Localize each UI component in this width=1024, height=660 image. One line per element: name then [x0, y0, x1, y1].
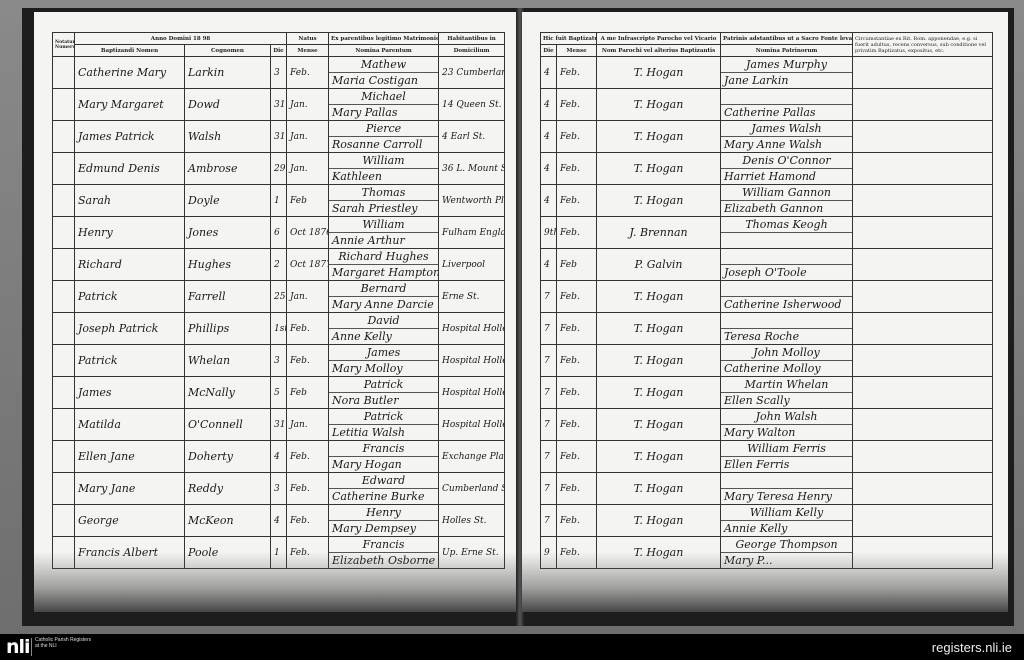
abode: Exchange Place — [439, 441, 505, 473]
sponsor-1 — [721, 473, 852, 489]
table-row: GeorgeMcKeon4Feb.HenryMary DempseyHolles… — [53, 505, 505, 537]
mother-name: Mary Molloy — [329, 361, 438, 376]
header-baptizandi-nomen: Baptizandi Nomen — [75, 45, 185, 57]
logo-divider — [31, 638, 32, 656]
baptism-day: 7 — [541, 281, 557, 313]
sponsors: Mary Teresa Henry — [721, 473, 853, 505]
page-stain — [34, 552, 518, 612]
abode: 23 Cumberland St. — [439, 57, 505, 89]
sponsor-1 — [721, 249, 852, 265]
entry-number — [53, 345, 75, 377]
father-name: James — [329, 345, 438, 361]
baptism-day: 4 — [541, 153, 557, 185]
parents: JamesMary Molloy — [329, 345, 439, 377]
minister-name: T. Hogan — [597, 89, 721, 121]
sponsors: William FerrisEllen Ferris — [721, 441, 853, 473]
abode: Hospital Holles St. — [439, 313, 505, 345]
notes — [853, 441, 993, 473]
father-name: Bernard — [329, 281, 438, 297]
header-numerus: Notatur Numerus — [53, 33, 75, 57]
table-row: SarahDoyle1FebThomasSarah PriestleyWentw… — [53, 185, 505, 217]
parents: HenryMary Dempsey — [329, 505, 439, 537]
birth-day: 3 — [271, 473, 287, 505]
mother-name: Kathleen — [329, 169, 438, 184]
sponsors: William KellyAnnie Kelly — [721, 505, 853, 537]
notes — [853, 121, 993, 153]
entry-number — [53, 153, 75, 185]
baptism-month: Feb. — [557, 441, 597, 473]
sponsor-1: Denis O'Connor — [721, 153, 852, 169]
birth-day: 3 — [271, 345, 287, 377]
table-row: 4Feb.T. HoganJames WalshMary Anne Walsh — [541, 121, 993, 153]
birth-day: 1st — [271, 313, 287, 345]
mother-name: Sarah Priestley — [329, 201, 438, 216]
header-sponsors-group: Patrinis adstantibus ut a Sacro Fonte le… — [721, 33, 853, 45]
baptism-day: 7 — [541, 345, 557, 377]
abode: Fulham England — [439, 217, 505, 249]
sponsors: James WalshMary Anne Walsh — [721, 121, 853, 153]
surname: Farrell — [185, 281, 271, 313]
baptism-month: Feb. — [557, 281, 597, 313]
notes — [853, 505, 993, 537]
abode: Cumberland St. — [439, 473, 505, 505]
header-die: Die — [541, 45, 557, 57]
sponsor-2: Ellen Ferris — [721, 457, 852, 472]
header-habitantibus: Habitantibus in — [439, 33, 505, 45]
parents: FrancisMary Hogan — [329, 441, 439, 473]
header-nomina-parentum: Nomina Parentum — [329, 45, 439, 57]
father-name: Patrick — [329, 409, 438, 425]
birth-month: Jan. — [287, 153, 329, 185]
baptismal-name: George — [75, 505, 185, 537]
father-name: Pierce — [329, 121, 438, 137]
surname: McKeon — [185, 505, 271, 537]
father-name: William — [329, 217, 438, 233]
table-row: 7Feb.T. HoganJohn MolloyCatherine Molloy — [541, 345, 993, 377]
table-row: 4Feb.T. HoganCatherine Pallas — [541, 89, 993, 121]
surname: Hughes — [185, 249, 271, 281]
baptism-month: Feb. — [557, 217, 597, 249]
table-row: Catherine MaryLarkin3Feb.MathewMaria Cos… — [53, 57, 505, 89]
entry-number — [53, 121, 75, 153]
baptismal-name: James Patrick — [75, 121, 185, 153]
abode: Erne St. — [439, 281, 505, 313]
table-row: 7Feb.T. HoganTeresa Roche — [541, 313, 993, 345]
father-name: William — [329, 153, 438, 169]
mother-name: Catherine Burke — [329, 489, 438, 504]
birth-day: 31 — [271, 409, 287, 441]
father-name: Richard Hughes — [329, 249, 438, 265]
minister-name: T. Hogan — [597, 57, 721, 89]
table-row: 7Feb.T. HoganMartin WhelanEllen Scally — [541, 377, 993, 409]
sponsor-1: Thomas Keogh — [721, 217, 852, 233]
header-parentes-group: Ex parentibus legitimo Matrimonio juncti… — [329, 33, 439, 45]
sponsor-1: John Walsh — [721, 409, 852, 425]
baptismal-name: James — [75, 377, 185, 409]
father-name: Michael — [329, 89, 438, 105]
parents: EdwardCatherine Burke — [329, 473, 439, 505]
table-row: MatildaO'Connell31Jan.PatrickLetitia Wal… — [53, 409, 505, 441]
header-notes: Circumstantiae ex Rit. Rom. apponendae, … — [853, 33, 993, 57]
minister-name: T. Hogan — [597, 505, 721, 537]
mother-name: Mary Anne Darcie — [329, 297, 438, 312]
abode: 36 L. Mount St. — [439, 153, 505, 185]
header-sponsors: Nomina Patrinorum — [721, 45, 853, 57]
table-row: JamesMcNally5FebPatrickNora ButlerHospit… — [53, 377, 505, 409]
sponsor-2: Harriet Hamond — [721, 169, 852, 184]
parents: MichaelMary Pallas — [329, 89, 439, 121]
sponsor-1: James Walsh — [721, 121, 852, 137]
sponsor-1: William Ferris — [721, 441, 852, 457]
sponsor-2: Mary Teresa Henry — [721, 489, 852, 504]
register-scan: Notatur Numerus Anno Domini 18 98 Natus … — [22, 8, 1014, 626]
header-mense: Mense — [557, 45, 597, 57]
birth-day: 1 — [271, 185, 287, 217]
table-row: RichardHughes2Oct 1877Richard HughesMarg… — [53, 249, 505, 281]
father-name: David — [329, 313, 438, 329]
header-cognomen: Cognomen — [185, 45, 271, 57]
baptismal-name: Ellen Jane — [75, 441, 185, 473]
sponsors: James MurphyJane Larkin — [721, 57, 853, 89]
baptism-month: Feb. — [557, 313, 597, 345]
abode: Wentworth Place — [439, 185, 505, 217]
minister-name: T. Hogan — [597, 345, 721, 377]
baptism-month: Feb — [557, 249, 597, 281]
baptism-register-right: Hic fuit Baptizatus A me Infrascripto Pa… — [540, 32, 993, 569]
baptismal-name: Edmund Denis — [75, 153, 185, 185]
birth-day: 6 — [271, 217, 287, 249]
mother-name: Annie Arthur — [329, 233, 438, 248]
baptism-month: Feb. — [557, 57, 597, 89]
surname: O'Connell — [185, 409, 271, 441]
entry-number — [53, 217, 75, 249]
table-row: Edmund DenisAmbrose29Jan.WilliamKathleen… — [53, 153, 505, 185]
birth-day: 4 — [271, 505, 287, 537]
baptismal-name: Mary Margaret — [75, 89, 185, 121]
mother-name: Margaret Hampton — [329, 265, 438, 280]
sponsor-1: William Kelly — [721, 505, 852, 521]
notes — [853, 345, 993, 377]
minister-name: T. Hogan — [597, 153, 721, 185]
minister-name: T. Hogan — [597, 409, 721, 441]
table-row: 7Feb.T. HoganJohn WalshMary Walton — [541, 409, 993, 441]
table-row: PatrickWhelan3Feb.JamesMary MolloyHospit… — [53, 345, 505, 377]
entry-number — [53, 89, 75, 121]
birth-month: Feb. — [287, 345, 329, 377]
footer-bar: nli Catholic Parish Registers at the NLI… — [0, 634, 1024, 660]
baptismal-name: Patrick — [75, 345, 185, 377]
sponsor-2: Ellen Scally — [721, 393, 852, 408]
header-baptized: Hic fuit Baptizatus — [541, 33, 597, 45]
table-row: Joseph PatrickPhillips1stFeb.DavidAnne K… — [53, 313, 505, 345]
parents: PatrickLetitia Walsh — [329, 409, 439, 441]
nli-logo[interactable]: nli — [6, 637, 30, 657]
mother-name: Maria Costigan — [329, 73, 438, 88]
minister-name: J. Brennan — [597, 217, 721, 249]
parents: MathewMaria Costigan — [329, 57, 439, 89]
entry-number — [53, 473, 75, 505]
surname: Whelan — [185, 345, 271, 377]
sponsor-2: Teresa Roche — [721, 329, 852, 344]
baptismal-name: Sarah — [75, 185, 185, 217]
table-row: James PatrickWalsh31Jan.PierceRosanne Ca… — [53, 121, 505, 153]
baptism-month: Feb. — [557, 377, 597, 409]
table-row: 7Feb.T. HoganWilliam FerrisEllen Ferris — [541, 441, 993, 473]
baptism-month: Feb. — [557, 185, 597, 217]
parents: PierceRosanne Carroll — [329, 121, 439, 153]
birth-month: Jan. — [287, 281, 329, 313]
header-natus: Natus — [287, 33, 329, 45]
table-row: 9thFeb.J. BrennanThomas Keogh — [541, 217, 993, 249]
entry-number — [53, 57, 75, 89]
surname: Phillips — [185, 313, 271, 345]
right-page: Hic fuit Baptizatus A me Infrascripto Pa… — [522, 12, 1008, 612]
sponsor-2: Catherine Molloy — [721, 361, 852, 376]
minister-name: T. Hogan — [597, 185, 721, 217]
notes — [853, 153, 993, 185]
birth-day: 29 — [271, 153, 287, 185]
sponsor-1: William Gannon — [721, 185, 852, 201]
sponsors: John WalshMary Walton — [721, 409, 853, 441]
abode: 4 Earl St. — [439, 121, 505, 153]
notes — [853, 473, 993, 505]
sponsors: Denis O'ConnorHarriet Hamond — [721, 153, 853, 185]
minister-name: T. Hogan — [597, 473, 721, 505]
surname: Jones — [185, 217, 271, 249]
sponsors: Catherine Isherwood — [721, 281, 853, 313]
entry-number — [53, 377, 75, 409]
parents: PatrickNora Butler — [329, 377, 439, 409]
table-row: 4Feb.T. HoganJames MurphyJane Larkin — [541, 57, 993, 89]
father-name: Henry — [329, 505, 438, 521]
page-stain — [522, 552, 1008, 612]
sponsor-2: Joseph O'Toole — [721, 265, 852, 280]
abode: Hospital Holles St. — [439, 345, 505, 377]
parents: WilliamAnnie Arthur — [329, 217, 439, 249]
header-year: Anno Domini 18 98 — [75, 33, 287, 45]
abode: Hospital Holles St. — [439, 377, 505, 409]
parents: ThomasSarah Priestley — [329, 185, 439, 217]
baptism-day: 4 — [541, 121, 557, 153]
baptism-month: Feb. — [557, 153, 597, 185]
table-row: 4Feb.T. HoganDenis O'ConnorHarriet Hamon… — [541, 153, 993, 185]
table-row: Mary JaneReddy3Feb.EdwardCatherine Burke… — [53, 473, 505, 505]
birth-day: 2 — [271, 249, 287, 281]
baptismal-name: Matilda — [75, 409, 185, 441]
notes — [853, 377, 993, 409]
mother-name: Letitia Walsh — [329, 425, 438, 440]
baptism-day: 4 — [541, 185, 557, 217]
abode: 14 Queen St. — [439, 89, 505, 121]
header-minister-group: A me Infrascripto Parocho vel Vicario — [597, 33, 721, 45]
birth-month: Oct 1876 — [287, 217, 329, 249]
father-name: Patrick — [329, 377, 438, 393]
surname: Doherty — [185, 441, 271, 473]
mother-name: Anne Kelly — [329, 329, 438, 344]
table-row: HenryJones6Oct 1876WilliamAnnie ArthurFu… — [53, 217, 505, 249]
baptism-month: Feb. — [557, 409, 597, 441]
entry-number — [53, 185, 75, 217]
parents: DavidAnne Kelly — [329, 313, 439, 345]
entry-number — [53, 409, 75, 441]
birth-month: Feb. — [287, 313, 329, 345]
baptism-day: 7 — [541, 313, 557, 345]
table-row: 7Feb.T. HoganMary Teresa Henry — [541, 473, 993, 505]
birth-month: Jan. — [287, 89, 329, 121]
table-row: 7Feb.T. HoganWilliam KellyAnnie Kelly — [541, 505, 993, 537]
minister-name: T. Hogan — [597, 441, 721, 473]
baptism-month: Feb. — [557, 89, 597, 121]
sponsor-1: John Molloy — [721, 345, 852, 361]
mother-name: Nora Butler — [329, 393, 438, 408]
birth-day: 31 — [271, 121, 287, 153]
birth-day: 4 — [271, 441, 287, 473]
baptism-register-left: Notatur Numerus Anno Domini 18 98 Natus … — [52, 32, 505, 569]
surname: Ambrose — [185, 153, 271, 185]
baptism-month: Feb. — [557, 345, 597, 377]
table-row: 4Feb.T. HoganWilliam GannonElizabeth Gan… — [541, 185, 993, 217]
surname: McNally — [185, 377, 271, 409]
abode: Liverpool — [439, 249, 505, 281]
parents: WilliamKathleen — [329, 153, 439, 185]
surname: Doyle — [185, 185, 271, 217]
minister-name: T. Hogan — [597, 121, 721, 153]
sponsor-1 — [721, 313, 852, 329]
baptism-day: 7 — [541, 377, 557, 409]
notes — [853, 409, 993, 441]
birth-month: Jan. — [287, 121, 329, 153]
minister-name: T. Hogan — [597, 313, 721, 345]
baptism-month: Feb. — [557, 473, 597, 505]
table-row: PatrickFarrell25Jan.BernardMary Anne Dar… — [53, 281, 505, 313]
notes — [853, 89, 993, 121]
minister-name: T. Hogan — [597, 281, 721, 313]
sponsor-2: Elizabeth Gannon — [721, 201, 852, 216]
baptism-day: 9th — [541, 217, 557, 249]
baptismal-name: Joseph Patrick — [75, 313, 185, 345]
baptismal-name: Richard — [75, 249, 185, 281]
sponsor-2: Jane Larkin — [721, 73, 852, 88]
sponsors: Thomas Keogh — [721, 217, 853, 249]
father-name: Francis — [329, 441, 438, 457]
entry-number — [53, 441, 75, 473]
sponsor-2 — [721, 233, 852, 248]
notes — [853, 217, 993, 249]
header-mense: Mense — [287, 45, 329, 57]
abode: Hospital Holles St. — [439, 409, 505, 441]
header-domicilium: Domicilium — [439, 45, 505, 57]
birth-month: Feb. — [287, 57, 329, 89]
table-row: 7Feb.T. HoganCatherine Isherwood — [541, 281, 993, 313]
sponsor-1 — [721, 89, 852, 105]
birth-month: Oct 1877 — [287, 249, 329, 281]
birth-day: 3 — [271, 57, 287, 89]
baptismal-name: Mary Jane — [75, 473, 185, 505]
entry-number — [53, 249, 75, 281]
sponsor-1: Martin Whelan — [721, 377, 852, 393]
surname: Dowd — [185, 89, 271, 121]
birth-month: Feb. — [287, 473, 329, 505]
mother-name: Mary Pallas — [329, 105, 438, 120]
table-row: Ellen JaneDoherty4Feb.FrancisMary HoganE… — [53, 441, 505, 473]
table-row: Mary MargaretDowd31Jan.MichaelMary Palla… — [53, 89, 505, 121]
father-name: Francis — [329, 537, 438, 553]
logo-caption: Catholic Parish Registers at the NLI — [35, 637, 95, 649]
sponsors: John MolloyCatherine Molloy — [721, 345, 853, 377]
baptism-day: 4 — [541, 89, 557, 121]
entry-number — [53, 281, 75, 313]
birth-month: Feb. — [287, 505, 329, 537]
minister-name: P. Galvin — [597, 249, 721, 281]
birth-month: Jan. — [287, 409, 329, 441]
sponsors: Joseph O'Toole — [721, 249, 853, 281]
header-die: Die — [271, 45, 287, 57]
father-name: Edward — [329, 473, 438, 489]
notes — [853, 281, 993, 313]
sponsor-1: George Thompson — [721, 537, 852, 553]
sponsor-2: Catherine Isherwood — [721, 297, 852, 312]
sponsor-2: Catherine Pallas — [721, 105, 852, 120]
mother-name: Mary Hogan — [329, 457, 438, 472]
baptism-month: Feb. — [557, 505, 597, 537]
baptismal-name: Catherine Mary — [75, 57, 185, 89]
sponsors: William GannonElizabeth Gannon — [721, 185, 853, 217]
parents: BernardMary Anne Darcie — [329, 281, 439, 313]
abode: Holles St. — [439, 505, 505, 537]
sponsor-2: Annie Kelly — [721, 521, 852, 536]
left-page: Notatur Numerus Anno Domini 18 98 Natus … — [34, 12, 518, 612]
baptism-day: 7 — [541, 441, 557, 473]
birth-month: Feb — [287, 377, 329, 409]
minister-name: T. Hogan — [597, 377, 721, 409]
birth-month: Feb. — [287, 441, 329, 473]
parents: Richard HughesMargaret Hampton — [329, 249, 439, 281]
entry-number — [53, 313, 75, 345]
birth-day: 31 — [271, 89, 287, 121]
baptism-day: 7 — [541, 473, 557, 505]
surname: Walsh — [185, 121, 271, 153]
birth-day: 5 — [271, 377, 287, 409]
birth-day: 25 — [271, 281, 287, 313]
sponsor-2: Mary Anne Walsh — [721, 137, 852, 152]
notes — [853, 313, 993, 345]
father-name: Mathew — [329, 57, 438, 73]
notes — [853, 57, 993, 89]
sponsor-1: James Murphy — [721, 57, 852, 73]
baptism-day: 4 — [541, 57, 557, 89]
baptismal-name: Henry — [75, 217, 185, 249]
table-row: 4FebP. GalvinJoseph O'Toole — [541, 249, 993, 281]
baptismal-name: Patrick — [75, 281, 185, 313]
baptism-day: 4 — [541, 249, 557, 281]
header-minister: Nom Parochi vel alterius Baptizantis — [597, 45, 721, 57]
entry-number — [53, 505, 75, 537]
sponsors: Teresa Roche — [721, 313, 853, 345]
surname: Reddy — [185, 473, 271, 505]
sponsor-2: Mary Walton — [721, 425, 852, 440]
sponsors: Martin WhelanEllen Scally — [721, 377, 853, 409]
image-viewer[interactable]: Notatur Numerus Anno Domini 18 98 Natus … — [0, 0, 1024, 634]
sponsors: Catherine Pallas — [721, 89, 853, 121]
sponsor-1 — [721, 281, 852, 297]
father-name: Thomas — [329, 185, 438, 201]
mother-name: Rosanne Carroll — [329, 137, 438, 152]
notes — [853, 185, 993, 217]
birth-month: Feb — [287, 185, 329, 217]
surname: Larkin — [185, 57, 271, 89]
mother-name: Mary Dempsey — [329, 521, 438, 536]
site-link[interactable]: registers.nli.ie — [932, 640, 1012, 655]
